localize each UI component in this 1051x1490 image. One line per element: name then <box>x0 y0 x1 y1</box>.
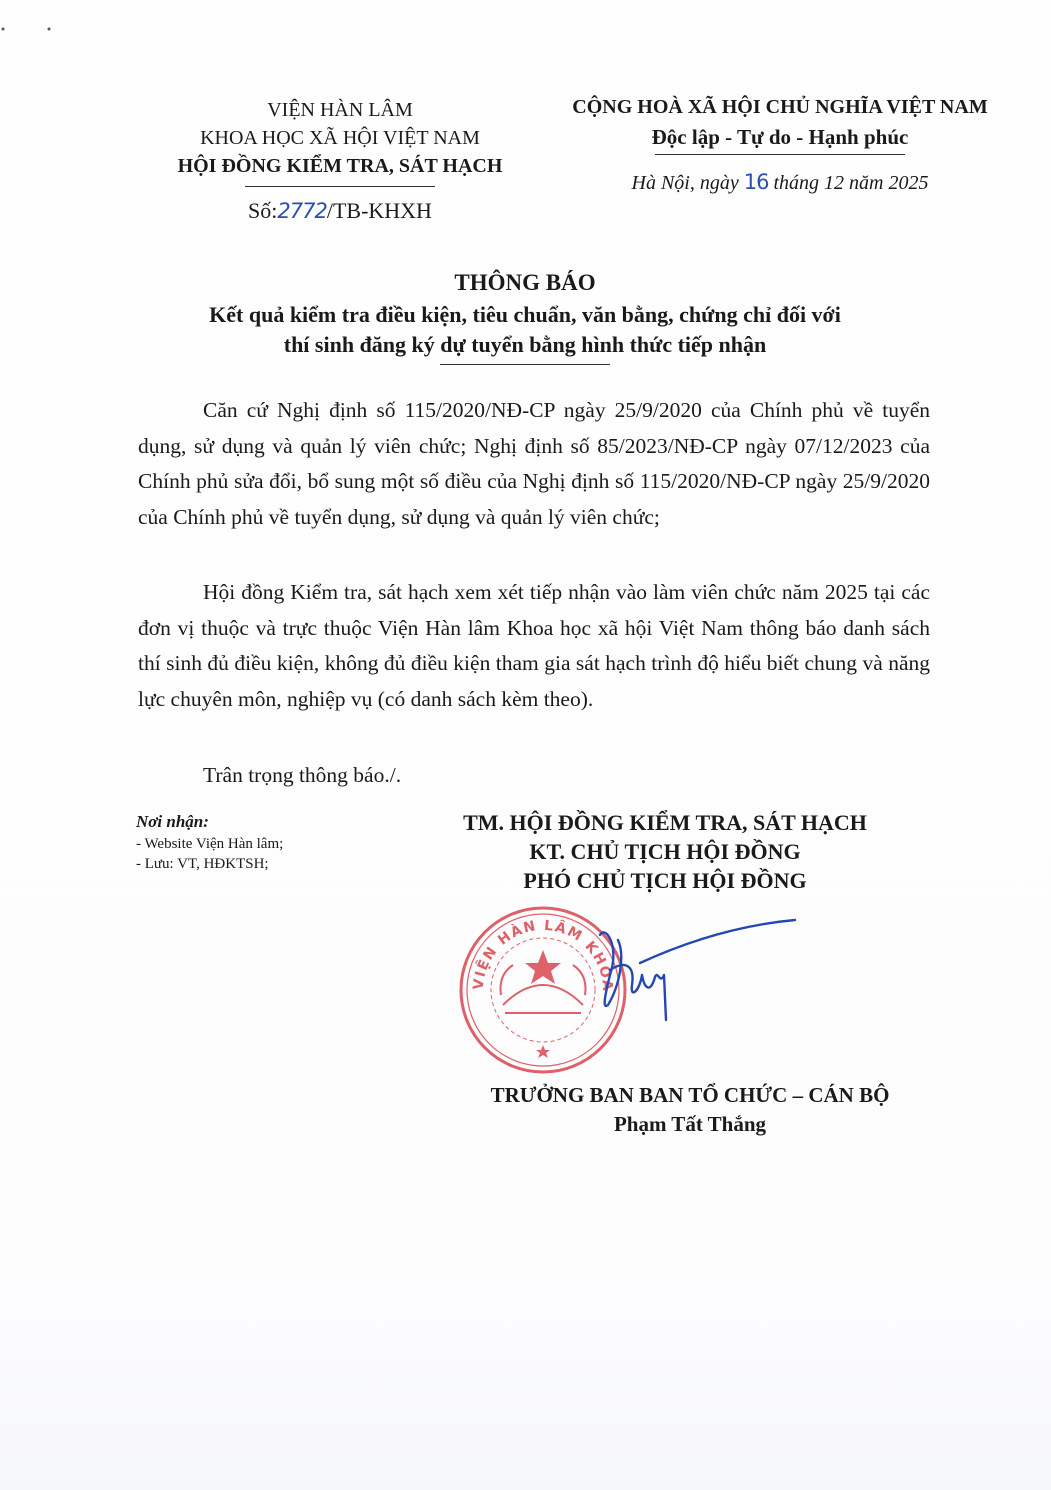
body-paragraph-announcement: Hội đồng Kiểm tra, sát hạch xem xét tiếp… <box>138 575 930 717</box>
issuing-organization: VIỆN HÀN LÂM KHOA HỌC XÃ HỘI VIỆT NAM HỘ… <box>150 96 530 187</box>
title-main: THÔNG BÁO <box>130 268 920 298</box>
document-page: VIỆN HÀN LÂM KHOA HỌC XÃ HỘI VIỆT NAM HỘ… <box>0 0 1051 1490</box>
document-title: THÔNG BÁO Kết quả kiểm tra điều kiện, ti… <box>130 268 920 365</box>
body-closing: Trân trọng thông báo./. <box>138 758 930 794</box>
recipients-block: Nơi nhận: - Website Viện Hàn lâm; - Lưu:… <box>136 812 416 874</box>
date-day-handwritten: 16 <box>744 170 769 194</box>
paragraph-2-text: Hội đồng Kiểm tra, sát hạch xem xét tiếp… <box>138 575 930 717</box>
sig-line-3: PHÓ CHỦ TỊCH HỘI ĐỒNG <box>400 866 930 895</box>
doc-number-handwritten: 2772 <box>277 199 326 223</box>
place-and-date: Hà Nội, ngày 16 tháng 12 năm 2025 <box>560 170 1000 195</box>
national-header: CỘNG HOÀ XÃ HỘI CHỦ NGHĨA VIỆT NAM Độc l… <box>550 92 1010 155</box>
signer-block: TRƯỞNG BAN BAN TỔ CHỨC – CÁN BỘ Phạm Tất… <box>400 1081 980 1139</box>
title-rule <box>440 364 610 365</box>
national-motto: Độc lập - Tự do - Hạnh phúc <box>550 122 1010 152</box>
title-subtitle-line-2: thí sinh đăng ký dự tuyển bằng hình thức… <box>130 330 920 360</box>
handwritten-signature-icon <box>580 915 800 1025</box>
doc-number-prefix: Số: <box>248 198 277 223</box>
document-number: Số:2772/TB-KHXH <box>150 198 530 224</box>
council-name: HỘI ĐỒNG KIỂM TRA, SÁT HẠCH <box>150 152 530 180</box>
sig-line-1: TM. HỘI ĐỒNG KIỂM TRA, SÁT HẠCH <box>400 808 930 837</box>
doc-number-suffix: /TB-KHXH <box>327 198 432 223</box>
closing-text: Trân trọng thông báo./. <box>138 758 930 794</box>
org-line-2: KHOA HỌC XÃ HỘI VIỆT NAM <box>150 124 530 152</box>
signer-name: Phạm Tất Thắng <box>400 1110 980 1139</box>
recipients-label: Nơi nhận: <box>136 812 416 832</box>
org-line-1: VIỆN HÀN LÂM <box>150 96 530 124</box>
header-right-rule <box>655 154 905 155</box>
scan-smudge <box>0 25 60 33</box>
recipient-item: - Website Viện Hàn lâm; <box>136 834 416 854</box>
header-left-rule <box>245 186 435 187</box>
date-suffix: tháng 12 năm 2025 <box>768 172 928 194</box>
signature-authority: TM. HỘI ĐỒNG KIỂM TRA, SÁT HẠCH KT. CHỦ … <box>400 808 930 895</box>
recipient-item: - Lưu: VT, HĐKTSH; <box>136 854 416 874</box>
body-paragraph-legal-basis: Căn cứ Nghị định số 115/2020/NĐ-CP ngày … <box>138 393 930 535</box>
signer-position: TRƯỞNG BAN BAN TỔ CHỨC – CÁN BỘ <box>400 1081 980 1110</box>
date-prefix: Hà Nội, ngày <box>632 172 744 194</box>
sig-line-2: KT. CHỦ TỊCH HỘI ĐỒNG <box>400 837 930 866</box>
country-name: CỘNG HOÀ XÃ HỘI CHỦ NGHĨA VIỆT NAM <box>550 92 1010 122</box>
paragraph-1-text: Căn cứ Nghị định số 115/2020/NĐ-CP ngày … <box>138 393 930 535</box>
title-subtitle-line-1: Kết quả kiểm tra điều kiện, tiêu chuẩn, … <box>130 300 920 330</box>
